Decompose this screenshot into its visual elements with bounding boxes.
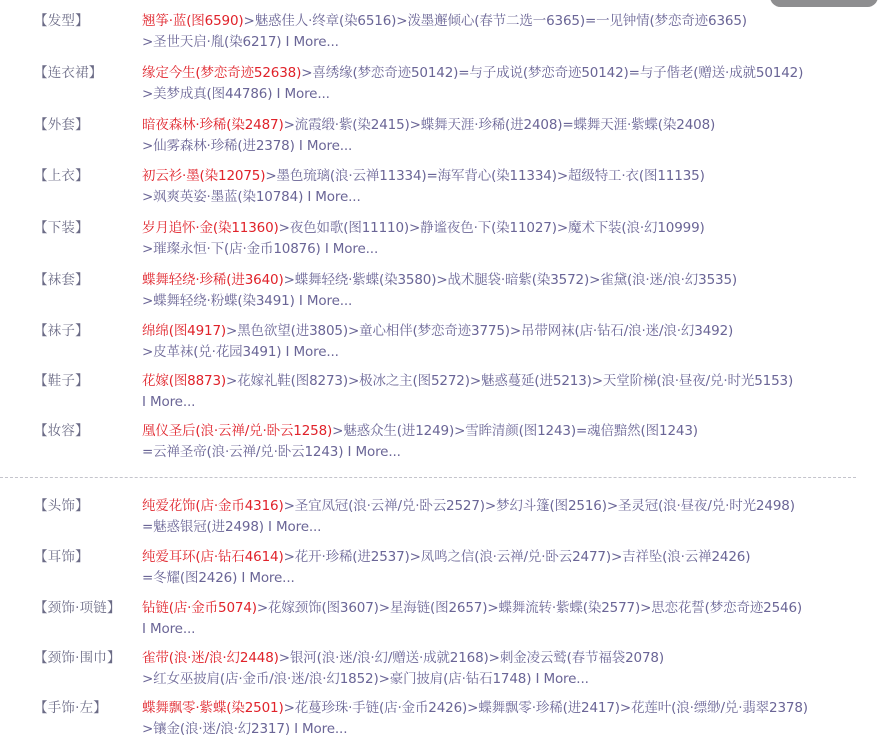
alternatives: >夜色如歌(图11110)>静谧夜色·下(染11027)>魔术下装(浪·幻109… — [279, 220, 705, 236]
alternatives-cont: =冬耀(图2426) — [142, 570, 237, 586]
top-item: 雀带(浪·迷/浪·幻2448) — [142, 650, 279, 666]
item-chain: 蝶舞飘零·紫蝶(染2501)>花蔓珍珠·手链(店·金币2426)>蝶舞飘零·珍稀… — [142, 698, 872, 739]
more-link[interactable]: I More... — [237, 570, 294, 586]
alternatives-cont: >圣世天启·胤(染6217) — [142, 34, 281, 50]
category-label: 【连衣裙】 — [34, 63, 103, 83]
alternatives: >黑色欲望(进3805)>童心相伴(梦恋奇迹3775)>吊带网袜(店·钻石/浪·… — [226, 323, 733, 339]
item-chain: 初云衫·墨(染12075)>墨色琉璃(浪·云禅11334)=海军背心(染1133… — [142, 166, 872, 207]
alternatives-cont: >仙雾森林·珍稀(进2378) — [142, 138, 295, 154]
top-item: 暗夜森林·珍稀(染2487) — [142, 117, 284, 133]
category-label: 【外套】 — [34, 115, 89, 135]
category-label: 【下装】 — [34, 218, 89, 238]
top-item: 纯爱花饰(店·金币4316) — [142, 498, 284, 514]
item-chain: 岁月追怀·金(染11360)>夜色如歌(图11110)>静谧夜色·下(染1102… — [142, 218, 872, 259]
top-item: 岁月追怀·金(染11360) — [142, 220, 279, 236]
item-chain: 花嫁(图8873)>花嫁礼鞋(图8273)>极冰之主(图5272)>魅惑蔓延(进… — [142, 371, 872, 412]
more-link[interactable]: I More... — [531, 671, 588, 687]
item-chain: 雀带(浪·迷/浪·幻2448)>银河(浪·迷/浪·幻/赠送·成就2168)>刺金… — [142, 648, 872, 689]
item-chain: 暗夜森林·珍稀(染2487)>流霞缎·紫(染2415)>蝶舞天涯·珍稀(进240… — [142, 115, 872, 156]
top-item: 凰仪圣后(浪·云禅/兑·卧云1258) — [142, 423, 332, 439]
item-chain: 翘筝·蓝(图6590)>魅惑佳人·终章(染6516)>泼墨邂倾心(春节二选一63… — [142, 11, 872, 52]
item-chain: 纯爱花饰(店·金币4316)>圣宜凤冠(浪·云禅/兑·卧云2527)>梦幻斗篷(… — [142, 496, 872, 537]
top-item: 纯爱耳环(店·钻石4614) — [142, 549, 284, 565]
top-item: 蝶舞轻绕·珍稀(进3640) — [142, 272, 284, 288]
item-chain: 绵绵(图4917)>黑色欲望(进3805)>童心相伴(梦恋奇迹3775)>吊带网… — [142, 321, 872, 362]
item-chain: 凰仪圣后(浪·云禅/兑·卧云1258)>魅惑众生(进1249)>雪眸清颜(图12… — [142, 421, 872, 462]
top-item: 钻链(店·金币5074) — [142, 600, 257, 616]
alternatives: >蝶舞轻绕·紫蝶(染3580)>战术腿袋·暗紫(染3572)>雀黛(浪·迷/浪·… — [284, 272, 737, 288]
alternatives-cont: =云禅圣帝(浪·云禅/兑·卧云1243) — [142, 444, 343, 460]
item-chain: 钻链(店·金币5074)>花嫁颈饰(图3607)>星海链(图2657)>蝶舞流转… — [142, 598, 872, 639]
more-link[interactable]: I More... — [272, 86, 329, 102]
more-link[interactable]: I More... — [295, 138, 352, 154]
top-item: 蝶舞飘零·紫蝶(染2501) — [142, 700, 284, 716]
section-divider — [0, 477, 856, 478]
alternatives: >流霞缎·紫(染2415)>蝶舞天涯·珍稀(进2408)=蝶舞天涯·紫蝶(染24… — [284, 117, 716, 133]
more-link[interactable]: I More... — [303, 189, 360, 205]
more-link[interactable]: I More... — [321, 241, 378, 257]
category-label: 【头饰】 — [34, 496, 89, 516]
alternatives: >花嫁颈饰(图3607)>星海链(图2657)>蝶舞流转·紫蝶(染2577)>思… — [257, 600, 802, 616]
more-link[interactable]: I More... — [290, 721, 347, 737]
alternatives: >银河(浪·迷/浪·幻/赠送·成就2168)>刺金凌云鹫(春节福袋2078) — [279, 650, 664, 666]
alternatives: >花蔓珍珠·手链(店·金币2426)>蝶舞飘零·珍稀(进2417)>花莲叶(浪·… — [284, 700, 808, 716]
more-link[interactable]: I More... — [295, 293, 352, 309]
more-link[interactable]: I More... — [343, 444, 400, 460]
item-chain: 蝶舞轻绕·珍稀(进3640)>蝶舞轻绕·紫蝶(染3580)>战术腿袋·暗紫(染3… — [142, 270, 872, 311]
category-label: 【妆容】 — [34, 421, 89, 441]
alternatives-cont: >飒爽英姿·墨蓝(染10784) — [142, 189, 303, 205]
category-label: 【颈饰·项链】 — [34, 598, 121, 618]
alternatives: >花嫁礼鞋(图8273)>极冰之主(图5272)>魅惑蔓延(进5213)>天堂阶… — [226, 373, 793, 389]
alternatives: >魅惑佳人·终章(染6516)>泼墨邂倾心(春节二选一6365)=一见钟情(梦恋… — [244, 13, 747, 29]
alternatives-cont: >美梦成真(图44786) — [142, 86, 272, 102]
more-link[interactable]: I More... — [264, 519, 321, 535]
category-label: 【袜子】 — [34, 321, 89, 341]
alternatives-cont: >璀璨永恒·下(店·金币10876) — [142, 241, 321, 257]
category-label: 【发型】 — [34, 11, 89, 31]
category-label: 【手饰·左】 — [34, 698, 107, 718]
alternatives-cont: >红女巫披肩(店·金币/浪·迷/浪·幻1852)>豪门披肩(店·钻石1748) — [142, 671, 531, 687]
item-chain: 缘定今生(梦恋奇迹52638)>喜绣缘(梦恋奇迹50142)=与子成说(梦恋奇迹… — [142, 63, 872, 104]
top-item: 翘筝·蓝(图6590) — [142, 13, 244, 29]
top-item: 花嫁(图8873) — [142, 373, 226, 389]
top-item: 初云衫·墨(染12075) — [142, 168, 265, 184]
more-link[interactable]: I More... — [142, 394, 195, 410]
alternatives-cont: >镶金(浪·迷/浪·幻2317) — [142, 721, 290, 737]
alternatives: >花开·珍稀(进2537)>凤鸣之信(浪·云禅/兑·卧云2477)>吉祥坠(浪·… — [284, 549, 751, 565]
category-label: 【颈饰·围巾】 — [34, 648, 121, 668]
top-item: 绵绵(图4917) — [142, 323, 226, 339]
more-link[interactable]: I More... — [281, 34, 338, 50]
alternatives-cont: >蝶舞轻绕·粉蝶(染3491) — [142, 293, 295, 309]
category-label: 【袜套】 — [34, 270, 89, 290]
alternatives-cont: =魅惑银冠(进2498) — [142, 519, 264, 535]
top-overlay-pill — [770, 0, 878, 7]
more-link[interactable]: I More... — [142, 621, 195, 637]
alternatives: >圣宜凤冠(浪·云禅/兑·卧云2527)>梦幻斗篷(图2516)>圣灵冠(浪·昼… — [284, 498, 795, 514]
alternatives: >墨色琉璃(浪·云禅11334)=海军背心(染11334)>超级特工·衣(图11… — [265, 168, 704, 184]
category-label: 【上衣】 — [34, 166, 89, 186]
top-item: 缘定今生(梦恋奇迹52638) — [142, 65, 301, 81]
item-chain: 纯爱耳环(店·钻石4614)>花开·珍稀(进2537)>凤鸣之信(浪·云禅/兑·… — [142, 547, 872, 588]
more-link[interactable]: I More... — [281, 344, 338, 360]
alternatives: >喜绣缘(梦恋奇迹50142)=与子成说(梦恋奇迹50142)=与子偕老(赠送·… — [301, 65, 803, 81]
alternatives: >魅惑众生(进1249)>雪眸清颜(图1243)=魂倍黯然(图1243) — [332, 423, 698, 439]
category-label: 【耳饰】 — [34, 547, 89, 567]
alternatives-cont: >皮革袜(兑·花园3491) — [142, 344, 281, 360]
category-label: 【鞋子】 — [34, 371, 89, 391]
